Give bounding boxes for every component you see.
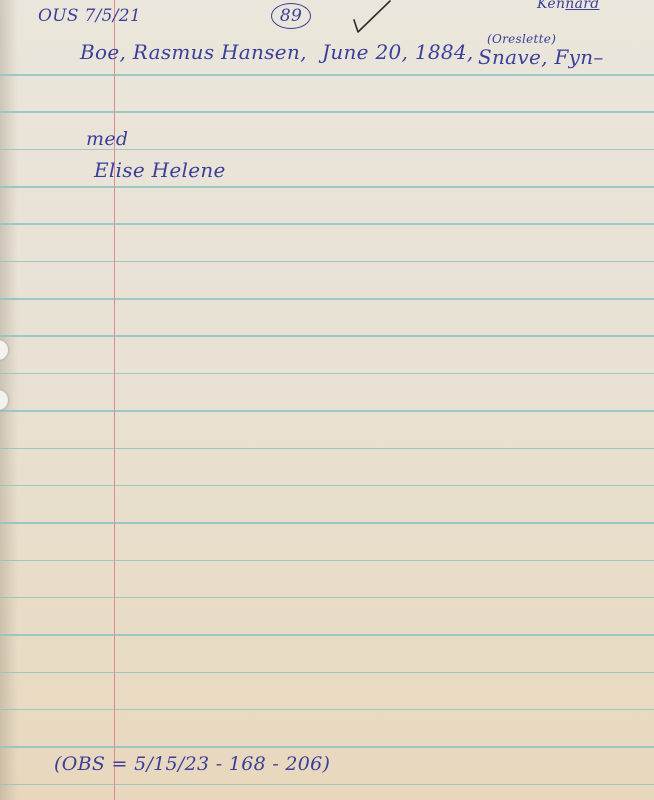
ruled-line [0,223,654,225]
notebook-page: OUS 7/5/21 89 Kennard Boe, Rasmus Hansen… [0,0,654,800]
entry-birth-date: June 20, 1884, [322,40,474,64]
ruled-line [0,186,654,188]
ruled-line [0,672,654,674]
margin-line [114,0,115,800]
surname-tag-prefix: Ken [537,0,565,12]
ruled-line [0,74,654,76]
entry-place-annotation: (Oreslette) [487,32,556,46]
ruled-line [0,784,654,786]
ruled-line [0,373,654,375]
checkmark-icon [352,0,392,34]
entry-place: Snave, Fyn– [478,45,604,69]
spouse-name: Elise Helene [94,158,226,182]
ruled-line [0,410,654,412]
page-number: 89 [280,6,302,26]
surname-tag-underlined: nard [565,0,599,12]
ruled-line [0,485,654,487]
ruled-line [0,746,654,748]
entry-name: Boe, Rasmus Hansen, [80,40,307,64]
ruled-line [0,634,654,636]
page-number-circle: 89 [271,3,311,29]
ruled-line [0,261,654,263]
ruled-line [0,597,654,599]
ruled-line [0,522,654,524]
ruled-line [0,709,654,711]
date-note: OUS 7/5/21 [38,6,141,26]
ruled-line [0,298,654,300]
ruled-line [0,560,654,562]
ruled-line [0,448,654,450]
footer-reference: (OBS = 5/15/23 - 168 - 206) [54,753,330,775]
ruled-line [0,111,654,113]
spouse-prefix: med [86,128,128,150]
surname-tag: Kennard [537,0,600,12]
ruled-line [0,335,654,337]
